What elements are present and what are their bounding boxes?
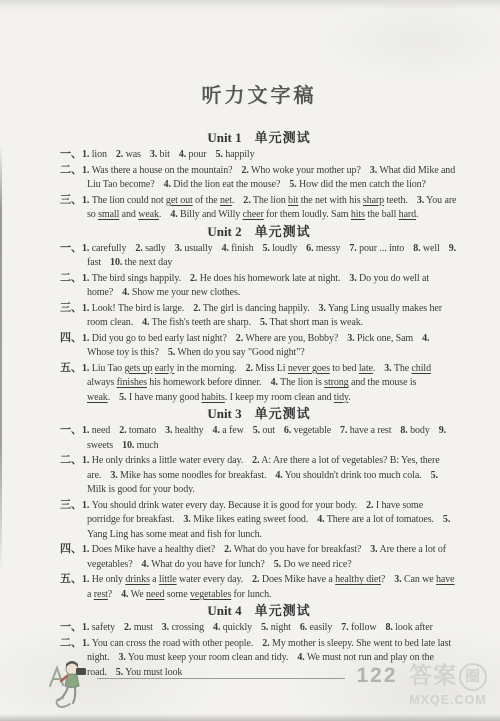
text-run: 5. [263,243,270,254]
text-run: night [268,622,290,633]
answer-item: 4. We need some vegetables for lunch. [121,589,271,600]
text-run: 2. [119,425,126,436]
answer-item: 3. usually [175,243,213,254]
text-run: pour ... into [357,243,405,254]
answer-item: 5. I have many good habits. I keep my ro… [119,392,351,403]
answer-item: 1. safety [82,622,115,633]
text-run: . I keep my room clean and [225,392,334,403]
text-run: Liu Tao [89,363,124,374]
answer-item: 8. body [400,425,429,436]
answer-section: 一、1. need2. tomato3. healthy4. a few5. o… [60,423,458,453]
text-run: 3. [162,622,169,633]
answer-section: 四、1. Did you go to bed early last night?… [60,331,458,361]
section-marker: 五、 [60,573,82,585]
answer-item: 1. He only drinks a little water every d… [82,574,243,585]
unit-title-en: Unit 2 [207,224,241,239]
answer-item: 1. He only drinks a little water every d… [82,455,243,466]
section-marker: 四、 [60,332,82,344]
text-run: There are a lot of tomatoes. [325,514,434,525]
text-run: net [220,195,232,206]
section-marker: 一、 [60,148,82,160]
text-run: hard [399,209,416,220]
text-run: usually [182,243,213,254]
answer-item: 6. messy [306,243,340,254]
text-run: Mike likes eating sweet food. [191,514,309,525]
text-run: Does Mike have a [259,574,335,585]
answer-item: 4. pour [179,149,207,160]
text-run: cheer [243,209,264,220]
text-run: sharp [363,195,384,206]
text-run: 5. [443,514,450,525]
scan-edge-bottom [0,714,500,721]
answer-item: 1. You should drink water every day. Bec… [82,500,357,511]
section-marker: 一、 [60,621,82,633]
text-run: a [150,574,159,585]
text-run: ? [108,589,112,600]
answer-item: 8. look after [386,622,433,633]
answer-item: 3. Pick one, Sam [347,333,413,344]
text-run: 3. [110,470,117,481]
text-run: 5. [215,149,222,160]
text-run: 7. [349,243,356,254]
text-run: well [421,243,440,254]
answer-item: 2. Miss Li never goes to bed late. [246,363,376,374]
answer-item: 3. Mike likes eating sweet food. [183,514,308,525]
answer-item: 2. must [124,622,153,633]
text-run: 9. [449,243,456,254]
text-run: Show me your new clothes. [129,287,240,298]
text-run: a [87,589,94,600]
page-footer: 122 答案圈 MXQE.COM [0,656,500,716]
text-run: When do you say "Good night"? [175,347,304,358]
text-run: lion [89,149,107,160]
text-run: Can we [402,574,436,585]
text-run: 2. [246,363,253,374]
answer-item: 8. well [413,243,440,254]
text-run: Does Mike have a healthy diet? [89,544,215,555]
answer-item: 1. The lion could not get out of the net… [82,195,234,206]
brand-watermark: 答案圈 MXQE.COM [398,662,498,708]
answer-item: 1. Does Mike have a healthy diet? [82,544,215,555]
text-run: and [119,209,138,220]
text-run: That short man is weak. [267,317,363,328]
page-number: 122 [349,664,405,688]
text-run: 9. [439,425,446,436]
page-title: 听力文字稿 [60,84,458,108]
text-run: 4. [170,209,177,220]
text-run: finish [229,243,254,254]
unit-title-cn: 单元测试 [255,603,311,618]
text-run: How did the men catch the lion? [297,179,426,190]
answer-item: 4. You shouldn't drink too much cola. [275,470,421,481]
text-run: Miss Li [253,363,288,374]
answer-item: 3. bit [150,149,170,160]
text-run: get out [166,195,193,206]
text-run: The bird sings happily. [89,273,181,284]
answer-item: 4. What do you have for lunch? [142,559,265,570]
text-run: have a rest [347,425,391,436]
text-run: much [134,440,158,451]
text-run: child [411,363,431,374]
answer-section: 三、1. Look! The bird is large.2. The girl… [60,301,458,331]
answer-item: 2. Who woke your mother up? [241,165,360,176]
text-run: strong [324,377,348,388]
text-run: 4. [275,470,282,481]
text-run: pour [186,149,206,160]
text-run: He only drinks a little water every day. [89,455,243,466]
answer-item: 2. tomato [119,425,156,436]
answer-item: 7. have a rest [340,425,391,436]
answer-item: 5. out [253,425,275,436]
unit-title-cn: 单元测试 [255,224,311,239]
text-run: healthy diet [335,574,381,585]
text-run: fast [87,257,101,268]
text-run: small [98,209,119,220]
text-run: bit [157,149,170,160]
text-run: The lion is [278,377,324,388]
answer-item: 1. You can cross the road with other peo… [82,638,253,649]
answer-item: 7. follow [341,622,376,633]
text-run: vegetable [291,425,331,436]
text-run: Pick one, Sam [355,333,414,344]
text-run: need [89,425,110,436]
text-run: water every day. [177,574,244,585]
section-marker: 三、 [60,194,82,206]
text-run: 4. [164,179,171,190]
text-run: always [87,377,117,388]
text-run: ? [381,574,385,585]
text-run: healthy [172,425,203,436]
section-marker: 二、 [60,272,82,284]
text-run: 3. [347,333,354,344]
answer-item: 1. Was there a house on the mountain? [82,165,232,176]
unit-title-en: Unit 1 [207,130,241,145]
text-run: drinks [125,574,149,585]
text-run: body [408,425,430,436]
text-run: 5. [431,470,438,481]
text-run: 4. [142,559,149,570]
footer-divider-line [97,678,345,679]
answer-item: 1. need [82,425,110,436]
text-run: easily [307,622,332,633]
text-run: He does his homework late at night. [197,273,340,284]
text-run: 2. [243,195,250,206]
abc-kid-logo-icon [46,658,98,717]
text-run: teeth. [384,195,408,206]
text-run: 3. [349,273,356,284]
text-run: 4. [317,514,324,525]
text-run: Yang Ling has some meat and fish for lun… [87,529,262,540]
text-run: in the morning. [174,363,236,374]
text-run: have [436,574,454,585]
text-run: Where are you, Bobby? [243,333,338,344]
text-run: . [416,209,418,220]
answer-item: 2. The lion bit the net with his sharp t… [243,195,408,206]
text-run: You shouldn't drink too much cola. [283,470,422,481]
section-marker: 二、 [60,637,82,649]
text-run: the net with his [298,195,363,206]
section-marker: 一、 [60,242,82,254]
text-run: to bed [330,363,359,374]
answer-item: 6. easily [300,622,332,633]
text-run: little [159,574,177,585]
text-run: of the [193,195,220,206]
text-run: look after [393,622,433,633]
answer-item: 10. the next day [110,257,172,268]
text-run: tomato [127,425,157,436]
answer-section: 三、1. You should drink water every day. B… [60,498,458,543]
text-run: crossing [169,622,204,633]
section-marker: 二、 [60,164,82,176]
unit-title-en: Unit 4 [207,603,241,618]
text-run: vegetables [190,589,231,600]
text-run: He only [89,574,125,585]
text-run: follow [349,622,377,633]
text-run: for them loudly. Sam [264,209,351,220]
units: Unit 1单元测试一、1. lion2. was3. bit4. pour5.… [60,130,458,680]
answer-item: 2. The girl is dancing happily. [193,303,309,314]
text-run: some [164,589,190,600]
text-run: 4. [222,243,229,254]
text-run: The fish's teeth are sharp. [149,317,251,328]
text-run: What do you have for breakfast? [231,544,361,555]
brand-circle-icon: 圈 [459,663,487,691]
text-run: 3. [175,243,182,254]
answer-item: 5. When do you say "Good night"? [168,347,305,358]
text-run: We [128,589,146,600]
text-run: 10. [110,257,122,268]
text-run: happily [223,149,255,160]
text-run: 3. [319,303,326,314]
text-run: loudly [270,243,297,254]
text-run: Was there a house on the mountain? [89,165,232,176]
answer-item: 4. The fish's teeth are sharp. [142,317,251,328]
text-run: 5. [274,559,281,570]
text-run: 8. [413,243,420,254]
text-run: quickly [220,622,252,633]
brand-site: MXQE.COM [398,693,498,708]
answer-item: 1. The bird sings happily. [82,273,181,284]
answer-item: 4. Show me your new clothes. [122,287,240,298]
text-run: early [155,363,175,374]
text-run: What do you have for lunch? [149,559,265,570]
text-run: the next day [122,257,172,268]
text-run: never goes [288,363,330,374]
text-run: his homework before dinner. [147,377,262,388]
section-marker: 一、 [60,424,82,436]
answer-item: 3. healthy [165,425,203,436]
text-run: must [131,622,152,633]
answer-item: 2. was [116,149,141,160]
answer-item: 4. finish [222,243,254,254]
text-run: 10. [122,440,134,451]
section-marker: 二、 [60,454,82,466]
answer-item: 5. How did the men catch the lion? [289,179,426,190]
text-run: Did the lion eat the mouse? [171,179,280,190]
text-run: 4. [271,377,278,388]
text-run: . [159,209,161,220]
unit-header: Unit 2单元测试 [60,224,458,240]
text-run: The lion could not [89,195,166,206]
text-run: Whose toy is this? [87,347,159,358]
text-run: weak [87,392,108,403]
text-run: rest [94,589,108,600]
text-run: 2. [241,165,248,176]
brand-name: 答案圈 [398,662,498,691]
unit-header: Unit 4单元测试 [60,603,458,619]
text-run: Billy and Willy [178,209,243,220]
answer-section: 一、1. carefully2. sadly3. usually4. finis… [60,241,458,271]
answer-item: 2. Does Mike have a healthy diet? [252,574,385,585]
unit-title-en: Unit 3 [207,406,241,421]
text-run: The [392,363,412,374]
text-run: the ball [365,209,399,220]
answer-item: 1. Did you go to bed early last night? [82,333,227,344]
text-run: bit [288,195,298,206]
text-run: You can cross the road with other people… [89,638,253,649]
answer-item: 4. There are a lot of tomatoes. [317,514,434,525]
answer-item: 5. Do we need rice? [274,559,352,570]
text-run: 3. [384,363,391,374]
text-run: The girl is dancing happily. [201,303,310,314]
text-run: 8. [400,425,407,436]
answer-section: 一、1. lion2. was3. bit4. pour5. happily [60,147,458,163]
answer-section: 五、1. Liu Tao gets up early in the mornin… [60,361,458,406]
text-run: 3. [394,574,401,585]
answer-item: 3. Mike has some noodles for breakfast. [110,470,266,481]
text-run: weak [138,209,159,220]
answer-item: 4. quickly [213,622,252,633]
text-run: 7. [341,622,348,633]
unit-title-cn: 单元测试 [255,130,311,145]
text-run: sweets [87,440,113,451]
text-run: 4. [422,333,429,344]
answer-item: 5. night [261,622,291,633]
answer-item: 2. Where are you, Bobby? [236,333,338,344]
text-run: habits [202,392,225,403]
answer-item: 3. crossing [162,622,204,633]
text-run: 3. [370,165,377,176]
answer-item: 1. carefully [82,243,126,254]
text-run: 3. [183,514,190,525]
text-run: late [359,363,373,374]
answer-section: 二、1. Was there a house on the mountain?2… [60,163,458,193]
text-run: 2. [135,243,142,254]
text-run: 5. [289,179,296,190]
answer-item: 7. pour ... into [349,243,404,254]
unit-title-cn: 单元测试 [255,406,311,421]
answer-section: 二、1. He only drinks a little water every… [60,453,458,498]
answer-item: 4. Did the lion eat the mouse? [164,179,281,190]
text-run: Who woke your mother up? [249,165,361,176]
answer-item: 1. Liu Tao gets up early in the morning. [82,363,237,374]
answer-item: 4. Billy and Willy cheer for them loudly… [170,209,418,220]
answer-item: 10. much [122,440,158,451]
text-run: . [232,195,234,206]
text-run: 8. [386,622,393,633]
text-run: messy [313,243,340,254]
answer-section: 四、1. Does Mike have a healthy diet?2. Wh… [60,542,458,572]
answer-section: 二、1. The bird sings happily.2. He does h… [60,271,458,301]
text-run: a few [220,425,244,436]
text-run: safety [89,622,115,633]
answer-item: 5. happily [215,149,254,160]
text-run: 2. [262,638,269,649]
scanned-page: 听力文字稿 Unit 1单元测试一、1. lion2. was3. bit4. … [0,0,500,680]
text-run: 3. [370,544,377,555]
text-run: sadly [143,243,166,254]
text-run: 4. [213,425,220,436]
answer-item: 1. lion [82,149,107,160]
answer-item: 5. loudly [263,243,298,254]
text-run: . [348,392,350,403]
text-run: for lunch. [231,589,271,600]
text-run: need [146,589,164,600]
text-run: hits [351,209,365,220]
text-run: The lion [251,195,288,206]
text-run: 2. [193,303,200,314]
answer-item: 5. That short man is weak. [260,317,363,328]
text-run: finishes [117,377,147,388]
answer-item: 1. Look! The bird is large. [82,303,184,314]
unit-header: Unit 1单元测试 [60,130,458,146]
answer-section: 五、1. He only drinks a little water every… [60,572,458,602]
text-run: tidy [334,392,349,403]
text-run: 5. [253,425,260,436]
section-marker: 三、 [60,302,82,314]
answer-section: 三、1. The lion could not get out of the n… [60,193,458,223]
text-run: I have many good [126,392,201,403]
text-run: Milk is good for your body. [87,484,195,495]
text-run: Look! The bird is large. [89,303,184,314]
answer-section: 一、1. safety2. must3. crossing4. quickly5… [60,620,458,636]
answer-item: 4. a few [213,425,244,436]
text-run: You should drink water every day. Becaus… [89,500,357,511]
text-run: . [108,392,110,403]
text-run: Did you go to bed early last night? [89,333,226,344]
section-marker: 五、 [60,362,82,374]
text-run: 2. [236,333,243,344]
text-run: Do we need rice? [281,559,351,570]
unit-header: Unit 3单元测试 [60,406,458,422]
section-marker: 三、 [60,499,82,511]
answer-item: 2. He does his homework late at night. [190,273,340,284]
text-run: out [260,425,275,436]
text-run: carefully [89,243,126,254]
answer-item: 6. vegetable [284,425,331,436]
text-run: Mike has some noodles for breakfast. [118,470,267,481]
section-marker: 四、 [60,543,82,555]
text-run: and the mouse is [349,377,417,388]
answer-item: 2. What do you have for breakfast? [224,544,361,555]
text-run: . [373,363,375,374]
text-run: gets up [124,363,152,374]
answer-item: 2. sadly [135,243,165,254]
text-run: was [123,149,141,160]
